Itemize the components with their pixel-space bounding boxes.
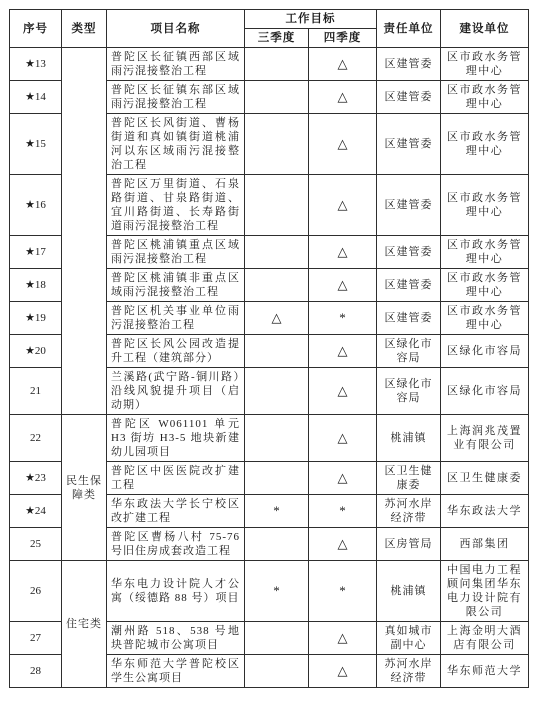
seq-cell: ★13 bbox=[10, 48, 62, 81]
construction-unit-cell: 区绿化市容局 bbox=[441, 368, 529, 415]
header-q4: 四季度 bbox=[309, 29, 377, 48]
seq-cell: 28 bbox=[10, 655, 62, 688]
responsible-unit-cell: 区建管委 bbox=[377, 48, 441, 81]
seq-cell: ★14 bbox=[10, 81, 62, 114]
construction-unit-cell: 区市政水务管理中心 bbox=[441, 236, 529, 269]
q3-goal-cell bbox=[245, 269, 309, 302]
construction-unit-cell: 华东政法大学 bbox=[441, 495, 529, 528]
q4-goal-cell: △ bbox=[309, 528, 377, 561]
q3-goal-cell bbox=[245, 528, 309, 561]
q4-goal-cell: △ bbox=[309, 81, 377, 114]
q3-goal-cell: * bbox=[245, 495, 309, 528]
q3-goal-cell bbox=[245, 415, 309, 462]
q3-goal-cell bbox=[245, 622, 309, 655]
responsible-unit-cell: 区建管委 bbox=[377, 236, 441, 269]
table-body: ★13 普陀区长征镇西部区域雨污混接整治工程 △ 区建管委 区市政水务管理中心 … bbox=[10, 48, 529, 688]
construction-unit-cell: 区卫生健康委 bbox=[441, 462, 529, 495]
q4-goal-cell: △ bbox=[309, 368, 377, 415]
construction-unit-cell: 中国电力工程顾问集团华东电力设计院有限公司 bbox=[441, 561, 529, 622]
construction-unit-cell: 区绿化市容局 bbox=[441, 335, 529, 368]
q3-goal-cell bbox=[245, 335, 309, 368]
q4-goal-cell: * bbox=[309, 302, 377, 335]
header-seq: 序号 bbox=[10, 10, 62, 48]
q4-goal-cell: △ bbox=[309, 335, 377, 368]
project-name-cell: 华东师范大学普陀校区学生公寓项目 bbox=[107, 655, 245, 688]
q3-goal-cell bbox=[245, 462, 309, 495]
project-name-cell: 普陀区桃浦镇重点区域雨污混接整治工程 bbox=[107, 236, 245, 269]
responsible-unit-cell: 桃浦镇 bbox=[377, 415, 441, 462]
q3-goal-cell: * bbox=[245, 561, 309, 622]
project-name-cell: 潮州路 518、538 号地块普陀城市公寓项目 bbox=[107, 622, 245, 655]
project-name-cell: 华东电力设计院人才公寓（绥德路 88 号）项目 bbox=[107, 561, 245, 622]
q3-goal-cell bbox=[245, 175, 309, 236]
q4-goal-cell: * bbox=[309, 495, 377, 528]
seq-cell: ★18 bbox=[10, 269, 62, 302]
responsible-unit-cell: 区建管委 bbox=[377, 175, 441, 236]
document-page: 序号 类型 项目名称 工作目标 责任单位 建设单位 三季度 四季度 ★13 普陀… bbox=[0, 0, 535, 688]
q4-goal-cell: △ bbox=[309, 269, 377, 302]
responsible-unit-cell: 区建管委 bbox=[377, 114, 441, 175]
responsible-unit-cell: 桃浦镇 bbox=[377, 561, 441, 622]
q4-goal-cell: △ bbox=[309, 48, 377, 81]
construction-unit-cell: 西部集团 bbox=[441, 528, 529, 561]
q3-goal-cell bbox=[245, 81, 309, 114]
construction-unit-cell: 区市政水务管理中心 bbox=[441, 302, 529, 335]
q4-goal-cell: △ bbox=[309, 415, 377, 462]
responsible-unit-cell: 区建管委 bbox=[377, 81, 441, 114]
construction-unit-cell: 上海金明大酒店有限公司 bbox=[441, 622, 529, 655]
header-responsible-unit: 责任单位 bbox=[377, 10, 441, 48]
responsible-unit-cell: 区绿化市容局 bbox=[377, 368, 441, 415]
table-row: ★13 普陀区长征镇西部区域雨污混接整治工程 △ 区建管委 区市政水务管理中心 bbox=[10, 48, 529, 81]
header-q3: 三季度 bbox=[245, 29, 309, 48]
project-table: 序号 类型 项目名称 工作目标 责任单位 建设单位 三季度 四季度 ★13 普陀… bbox=[9, 9, 529, 688]
project-name-cell: 普陀区长风街道、曹杨街道和真如镇街道桃浦河以东区域雨污混接整治工程 bbox=[107, 114, 245, 175]
table-row: 26 住宅类 华东电力设计院人才公寓（绥德路 88 号）项目 * * 桃浦镇 中… bbox=[10, 561, 529, 622]
q3-goal-cell bbox=[245, 655, 309, 688]
project-name-cell: 普陀区曹杨八村 75-76 号旧住房成套改造工程 bbox=[107, 528, 245, 561]
seq-cell: ★20 bbox=[10, 335, 62, 368]
construction-unit-cell: 区市政水务管理中心 bbox=[441, 269, 529, 302]
project-name-cell: 普陀区机关事业单位雨污混接整治工程 bbox=[107, 302, 245, 335]
responsible-unit-cell: 真如城市副中心 bbox=[377, 622, 441, 655]
construction-unit-cell: 华东师范大学 bbox=[441, 655, 529, 688]
project-name-cell: 普陀区长风公园改造提升工程（建筑部分） bbox=[107, 335, 245, 368]
project-name-cell: 普陀区桃浦镇非重点区域雨污混接整治工程 bbox=[107, 269, 245, 302]
seq-cell: 25 bbox=[10, 528, 62, 561]
project-name-cell: 普陀区中医医院改扩建工程 bbox=[107, 462, 245, 495]
seq-cell: ★23 bbox=[10, 462, 62, 495]
table-header: 序号 类型 项目名称 工作目标 责任单位 建设单位 三季度 四季度 bbox=[10, 10, 529, 48]
responsible-unit-cell: 苏河水岸经济带 bbox=[377, 495, 441, 528]
project-name-cell: 华东政法大学长宁校区改扩建工程 bbox=[107, 495, 245, 528]
header-project-name: 项目名称 bbox=[107, 10, 245, 48]
responsible-unit-cell: 区建管委 bbox=[377, 302, 441, 335]
construction-unit-cell: 上海润兆茂置业有限公司 bbox=[441, 415, 529, 462]
responsible-unit-cell: 区建管委 bbox=[377, 269, 441, 302]
project-name-cell: 兰溪路(武宁路-铜川路）沿线风貌提升项目（启动期） bbox=[107, 368, 245, 415]
construction-unit-cell: 区市政水务管理中心 bbox=[441, 48, 529, 81]
table-row: 22 民生保障类 普陀区 W061101 单元 H3 街坊 H3-5 地块新建幼… bbox=[10, 415, 529, 462]
type-group-cell-residential: 住宅类 bbox=[62, 561, 107, 688]
q4-goal-cell: △ bbox=[309, 175, 377, 236]
q4-goal-cell: △ bbox=[309, 236, 377, 269]
seq-cell: 22 bbox=[10, 415, 62, 462]
q3-goal-cell bbox=[245, 114, 309, 175]
project-name-cell: 普陀区 W061101 单元 H3 街坊 H3-5 地块新建幼儿园项目 bbox=[107, 415, 245, 462]
project-name-cell: 普陀区长征镇东部区域雨污混接整治工程 bbox=[107, 81, 245, 114]
q4-goal-cell: △ bbox=[309, 655, 377, 688]
seq-cell: ★16 bbox=[10, 175, 62, 236]
responsible-unit-cell: 苏河水岸经济带 bbox=[377, 655, 441, 688]
q4-goal-cell: △ bbox=[309, 462, 377, 495]
header-row-1: 序号 类型 项目名称 工作目标 责任单位 建设单位 bbox=[10, 10, 529, 29]
project-name-cell: 普陀区长征镇西部区域雨污混接整治工程 bbox=[107, 48, 245, 81]
header-construction-unit: 建设单位 bbox=[441, 10, 529, 48]
seq-cell: ★17 bbox=[10, 236, 62, 269]
seq-cell: 26 bbox=[10, 561, 62, 622]
q3-goal-cell: △ bbox=[245, 302, 309, 335]
header-type: 类型 bbox=[62, 10, 107, 48]
construction-unit-cell: 区市政水务管理中心 bbox=[441, 175, 529, 236]
construction-unit-cell: 区市政水务管理中心 bbox=[441, 81, 529, 114]
q4-goal-cell: △ bbox=[309, 114, 377, 175]
q3-goal-cell bbox=[245, 368, 309, 415]
type-group-cell-blank bbox=[62, 48, 107, 415]
q4-goal-cell: △ bbox=[309, 622, 377, 655]
responsible-unit-cell: 区绿化市容局 bbox=[377, 335, 441, 368]
responsible-unit-cell: 区卫生健康委 bbox=[377, 462, 441, 495]
seq-cell: ★15 bbox=[10, 114, 62, 175]
q3-goal-cell bbox=[245, 48, 309, 81]
responsible-unit-cell: 区房管局 bbox=[377, 528, 441, 561]
header-work-goal: 工作目标 bbox=[245, 10, 377, 29]
project-name-cell: 普陀区万里街道、石泉路街道、甘泉路街道、宜川路街道、长寿路街道雨污混接整治工程 bbox=[107, 175, 245, 236]
seq-cell: 21 bbox=[10, 368, 62, 415]
seq-cell: 27 bbox=[10, 622, 62, 655]
type-group-cell-livelihood: 民生保障类 bbox=[62, 415, 107, 561]
seq-cell: ★19 bbox=[10, 302, 62, 335]
q4-goal-cell: * bbox=[309, 561, 377, 622]
seq-cell: ★24 bbox=[10, 495, 62, 528]
construction-unit-cell: 区市政水务管理中心 bbox=[441, 114, 529, 175]
q3-goal-cell bbox=[245, 236, 309, 269]
